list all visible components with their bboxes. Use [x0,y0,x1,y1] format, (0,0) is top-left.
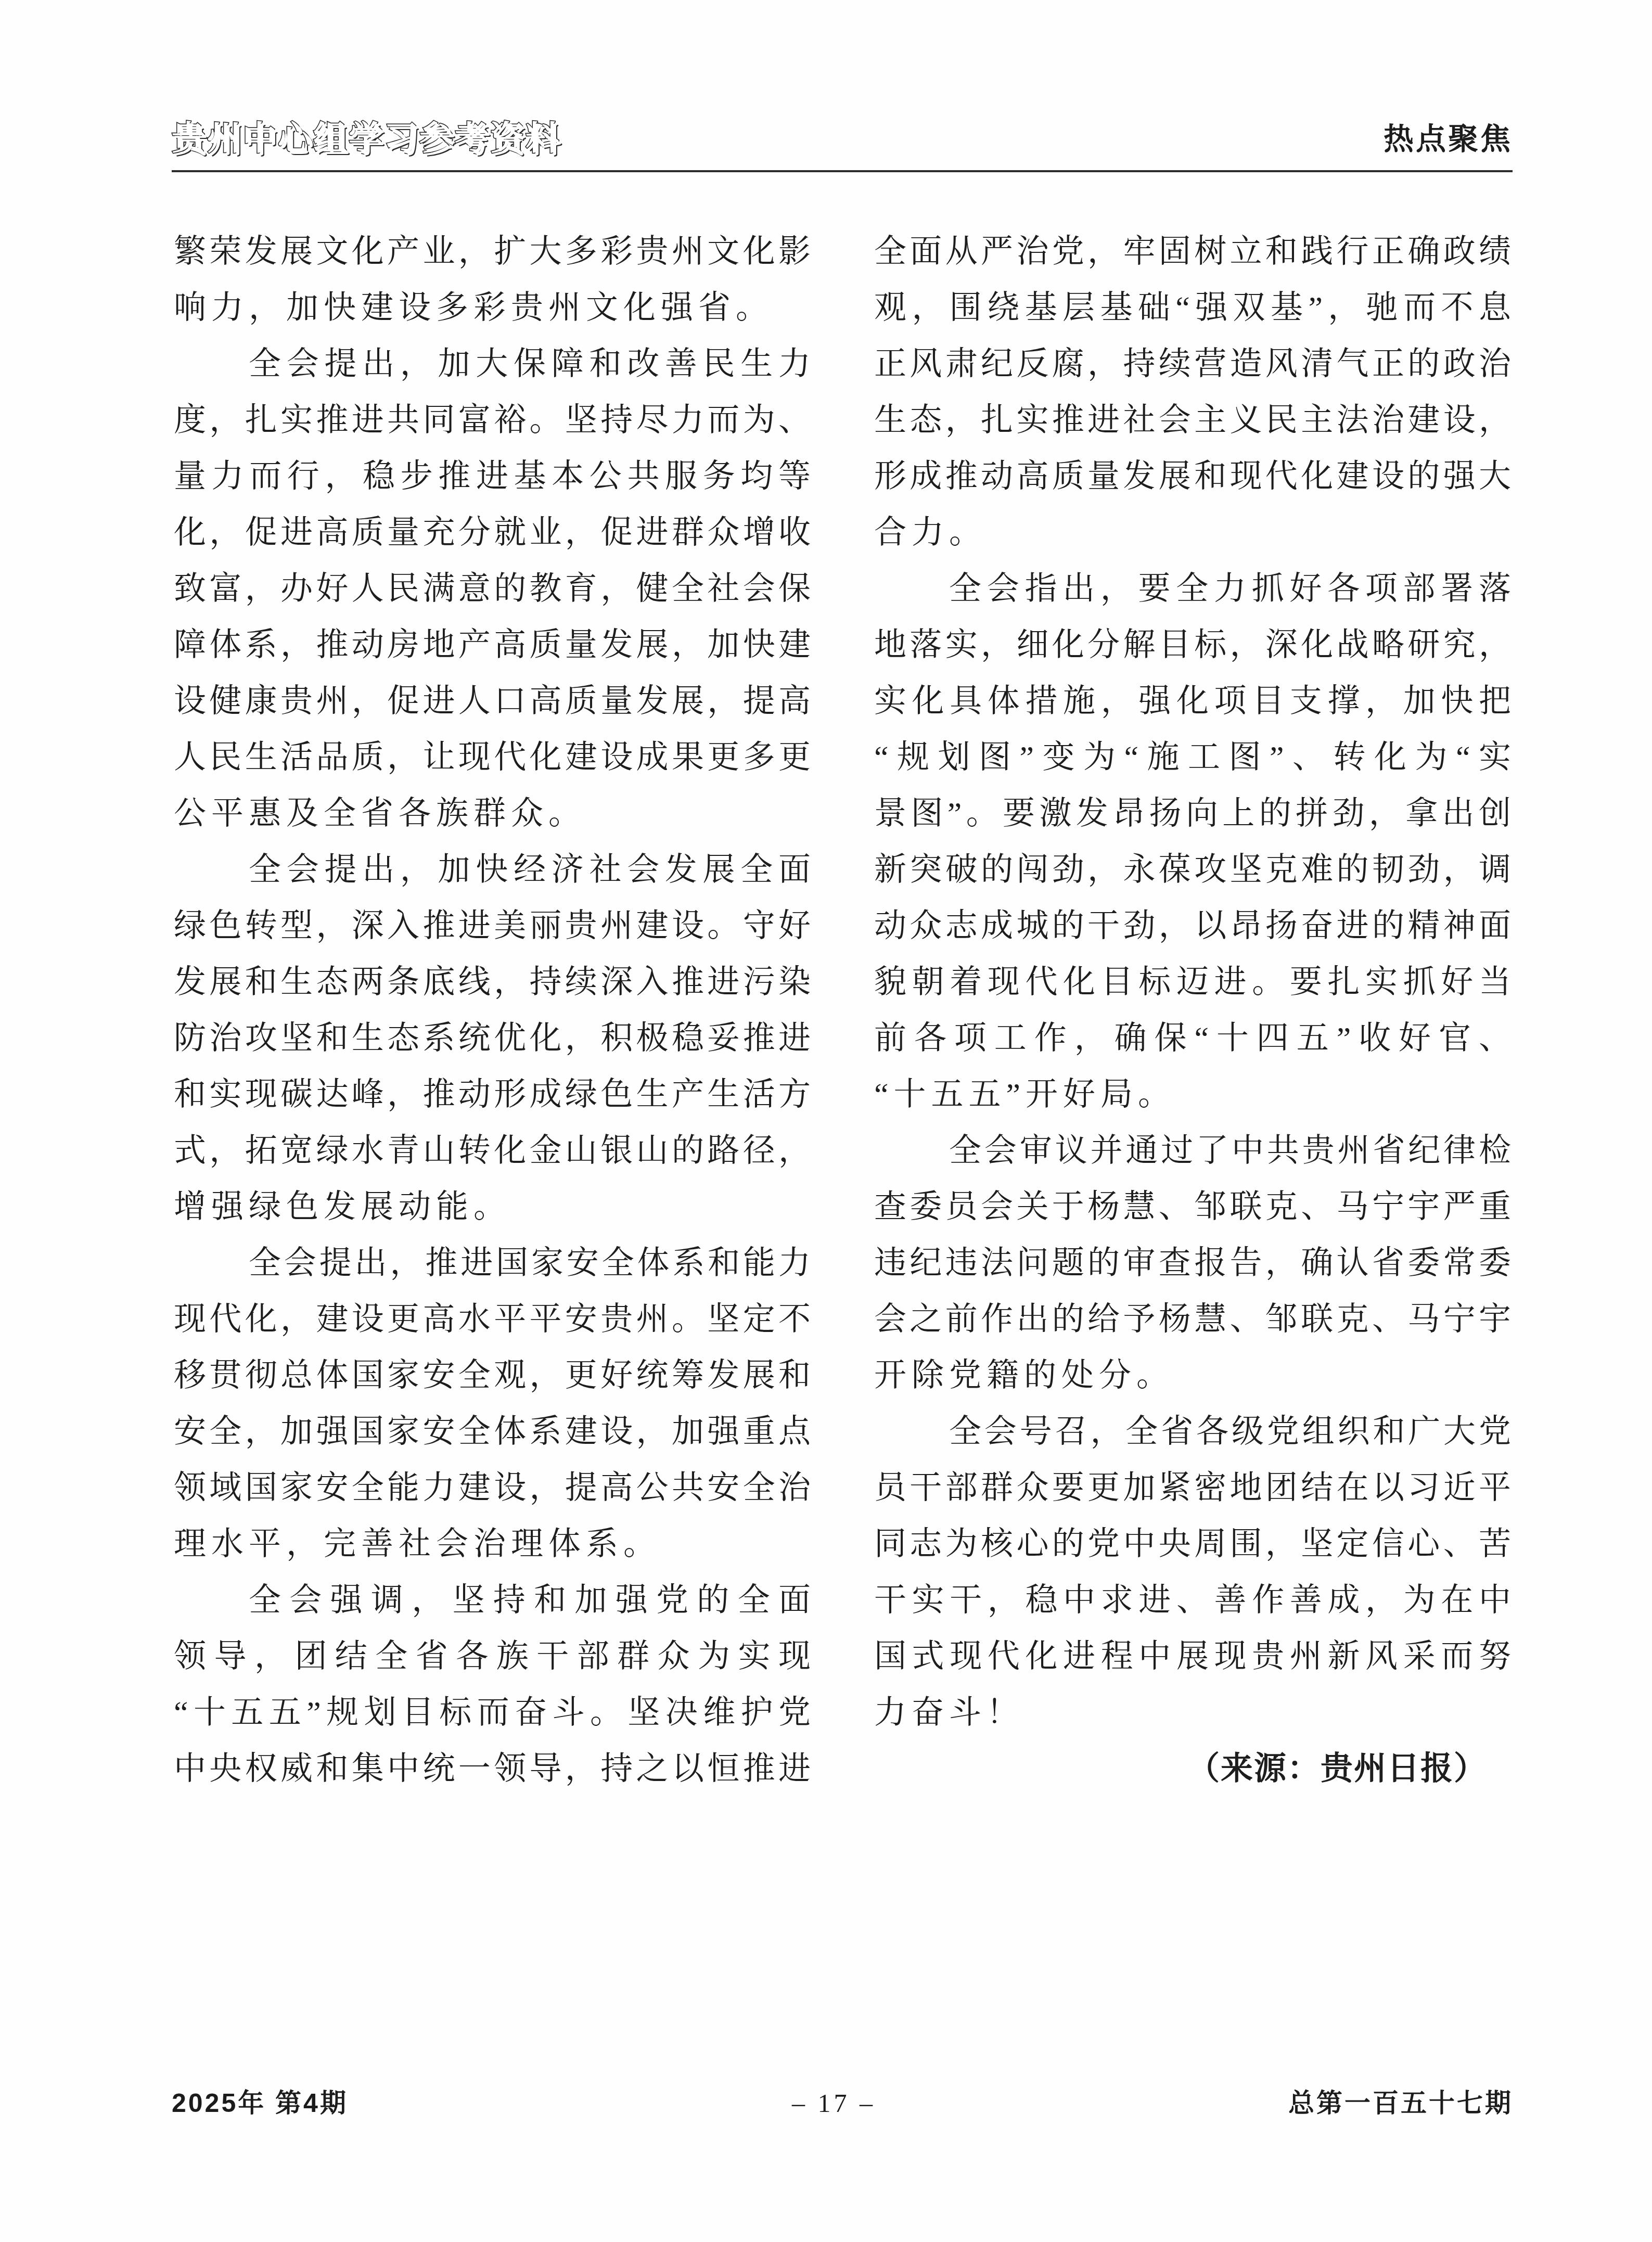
text-line: 景图”。要激发昂扬向上的拼劲，拿出创 [874,786,1512,842]
footer-issue: 2025年 第4期 [172,2082,348,2120]
text-line: 量力而行，稳步推进基本公共服务均等 [174,449,812,505]
text-line: 化，促进高质量充分就业，促进群众增收 [174,505,812,561]
text-line: 前各项工作，确保“十四五”收好官、 [874,1010,1512,1067]
text-line: 领导，团结全省各族干部群众为实现 [174,1629,812,1685]
text-line: 地落实，细化分解目标，深化战略研究， [874,617,1512,673]
text-line: 开除党籍的处分。 [874,1348,1512,1404]
text-line: 领域国家安全能力建设，提高公共安全治 [174,1460,812,1516]
text-column-left: 繁荣发展文化产业，扩大多彩贵州文化影响力，加快建设多彩贵州文化强省。全会提出，加… [174,224,812,1797]
footer-page-number: – 17 – [792,2088,876,2118]
text-line: 全会指出，要全力抓好各项部署落 [874,561,1512,617]
text-line: 违纪违法问题的审查报告，确认省委常委 [874,1235,1512,1291]
text-line: 力奋斗！ [874,1685,1512,1741]
text-line: 发展和生态两条底线，持续深入推进污染 [174,954,812,1010]
text-line: 防治攻坚和生态系统优化，积极稳妥推进 [174,1010,812,1067]
text-line: 全会提出，加大保障和改善民生力 [174,336,812,392]
text-line: 形成推动高质量发展和现代化建设的强大 [874,449,1512,505]
masthead-logo: 贵州中心组学习参考资料 [172,111,561,159]
text-line: 式，拓宽绿水青山转化金山银山的路径， [174,1123,812,1179]
text-line: 合力。 [874,505,1512,561]
text-line: 查委员会关于杨慧、邹联克、马宁宇严重 [874,1179,1512,1235]
text-line: 绿色转型，深入推进美丽贵州建设。守好 [174,898,812,954]
text-line: 和实现碳达峰，推动形成绿色生产生活方 [174,1067,812,1123]
text-line: 繁荣发展文化产业，扩大多彩贵州文化影 [174,224,812,280]
footer-serial: 总第一百五十七期 [1288,2082,1513,2120]
text-line: 人民生活品质，让现代化建设成果更多更 [174,729,812,786]
text-line: 国式现代化进程中展现贵州新风采而努 [874,1629,1512,1685]
text-line: “规划图”变为“施工图”、转化为“实 [874,729,1512,786]
text-line: 全面从严治党，牢固树立和践行正确政绩 [874,224,1512,280]
text-line: 会之前作出的给予杨慧、邹联克、马宁宇 [874,1291,1512,1348]
text-line: “十五五”规划目标而奋斗。坚决维护党 [174,1685,812,1741]
text-line: 实化具体措施，强化项目支撑，加快把 [874,673,1512,729]
text-line: “十五五”开好局。 [874,1067,1512,1123]
text-line: 全会提出，加快经济社会发展全面 [174,842,812,898]
header-rule [172,170,1513,172]
text-line: 响力，加快建设多彩贵州文化强省。 [174,280,812,336]
text-line: 设健康贵州，促进人口高质量发展，提高 [174,673,812,729]
text-line: 动众志成城的干劲，以昂扬奋进的精神面 [874,898,1512,954]
page-footer: 2025年 第4期 – 17 – 总第一百五十七期 [172,2082,1513,2120]
text-line: 生态，扎实推进社会主义民主法治建设， [874,392,1512,449]
text-line: 中央权威和集中统一领导，持之以恒推进 [174,1741,812,1797]
text-line: 移贯彻总体国家安全观，更好统筹发展和 [174,1348,812,1404]
text-line: 理水平，完善社会治理体系。 [174,1516,812,1572]
text-line: 全会审议并通过了中共贵州省纪律检 [874,1123,1512,1179]
section-title: 热点聚焦 [1384,114,1513,158]
text-line: 干实干，稳中求进、善作善成，为在中 [874,1572,1512,1629]
text-line: 新突破的闯劲，永葆攻坚克难的韧劲，调 [874,842,1512,898]
text-line: 度，扎实推进共同富裕。坚持尽力而为、 [174,392,812,449]
text-line: 增强绿色发展动能。 [174,1179,812,1235]
text-line: 全会强调，坚持和加强党的全面 [174,1572,812,1629]
text-column-right: 全面从严治党，牢固树立和践行正确政绩观，围绕基层基础“强双基”，驰而不息正风肃纪… [874,224,1512,1797]
text-line: 正风肃纪反腐，持续营造风清气正的政治 [874,336,1512,392]
text-line: 公平惠及全省各族群众。 [174,786,812,842]
text-line: 障体系，推动房地产高质量发展，加快建 [174,617,812,673]
text-line: 全会号召，全省各级党组织和广大党 [874,1404,1512,1460]
text-line: 全会提出，推进国家安全体系和能力 [174,1235,812,1291]
text-line: 安全，加强国家安全体系建设，加强重点 [174,1404,812,1460]
text-line: 观，围绕基层基础“强双基”，驰而不息 [874,280,1512,336]
text-line: 致富，办好人民满意的教育，健全社会保 [174,561,812,617]
text-line: 员干部群众要更加紧密地团结在以习近平 [874,1460,1512,1516]
text-line: 貌朝着现代化目标迈进。要扎实抓好当 [874,954,1512,1010]
text-line: 同志为核心的党中央周围，坚定信心、苦 [874,1516,1512,1572]
text-line: 现代化，建设更高水平平安贵州。坚定不 [174,1291,812,1348]
page-header: 贵州中心组学习参考资料 热点聚焦 [172,111,1513,174]
magazine-page: 贵州中心组学习参考资料 热点聚焦 繁荣发展文化产业，扩大多彩贵州文化影响力，加快… [0,0,1652,2242]
source-line: （来源：贵州日报） [874,1741,1512,1797]
